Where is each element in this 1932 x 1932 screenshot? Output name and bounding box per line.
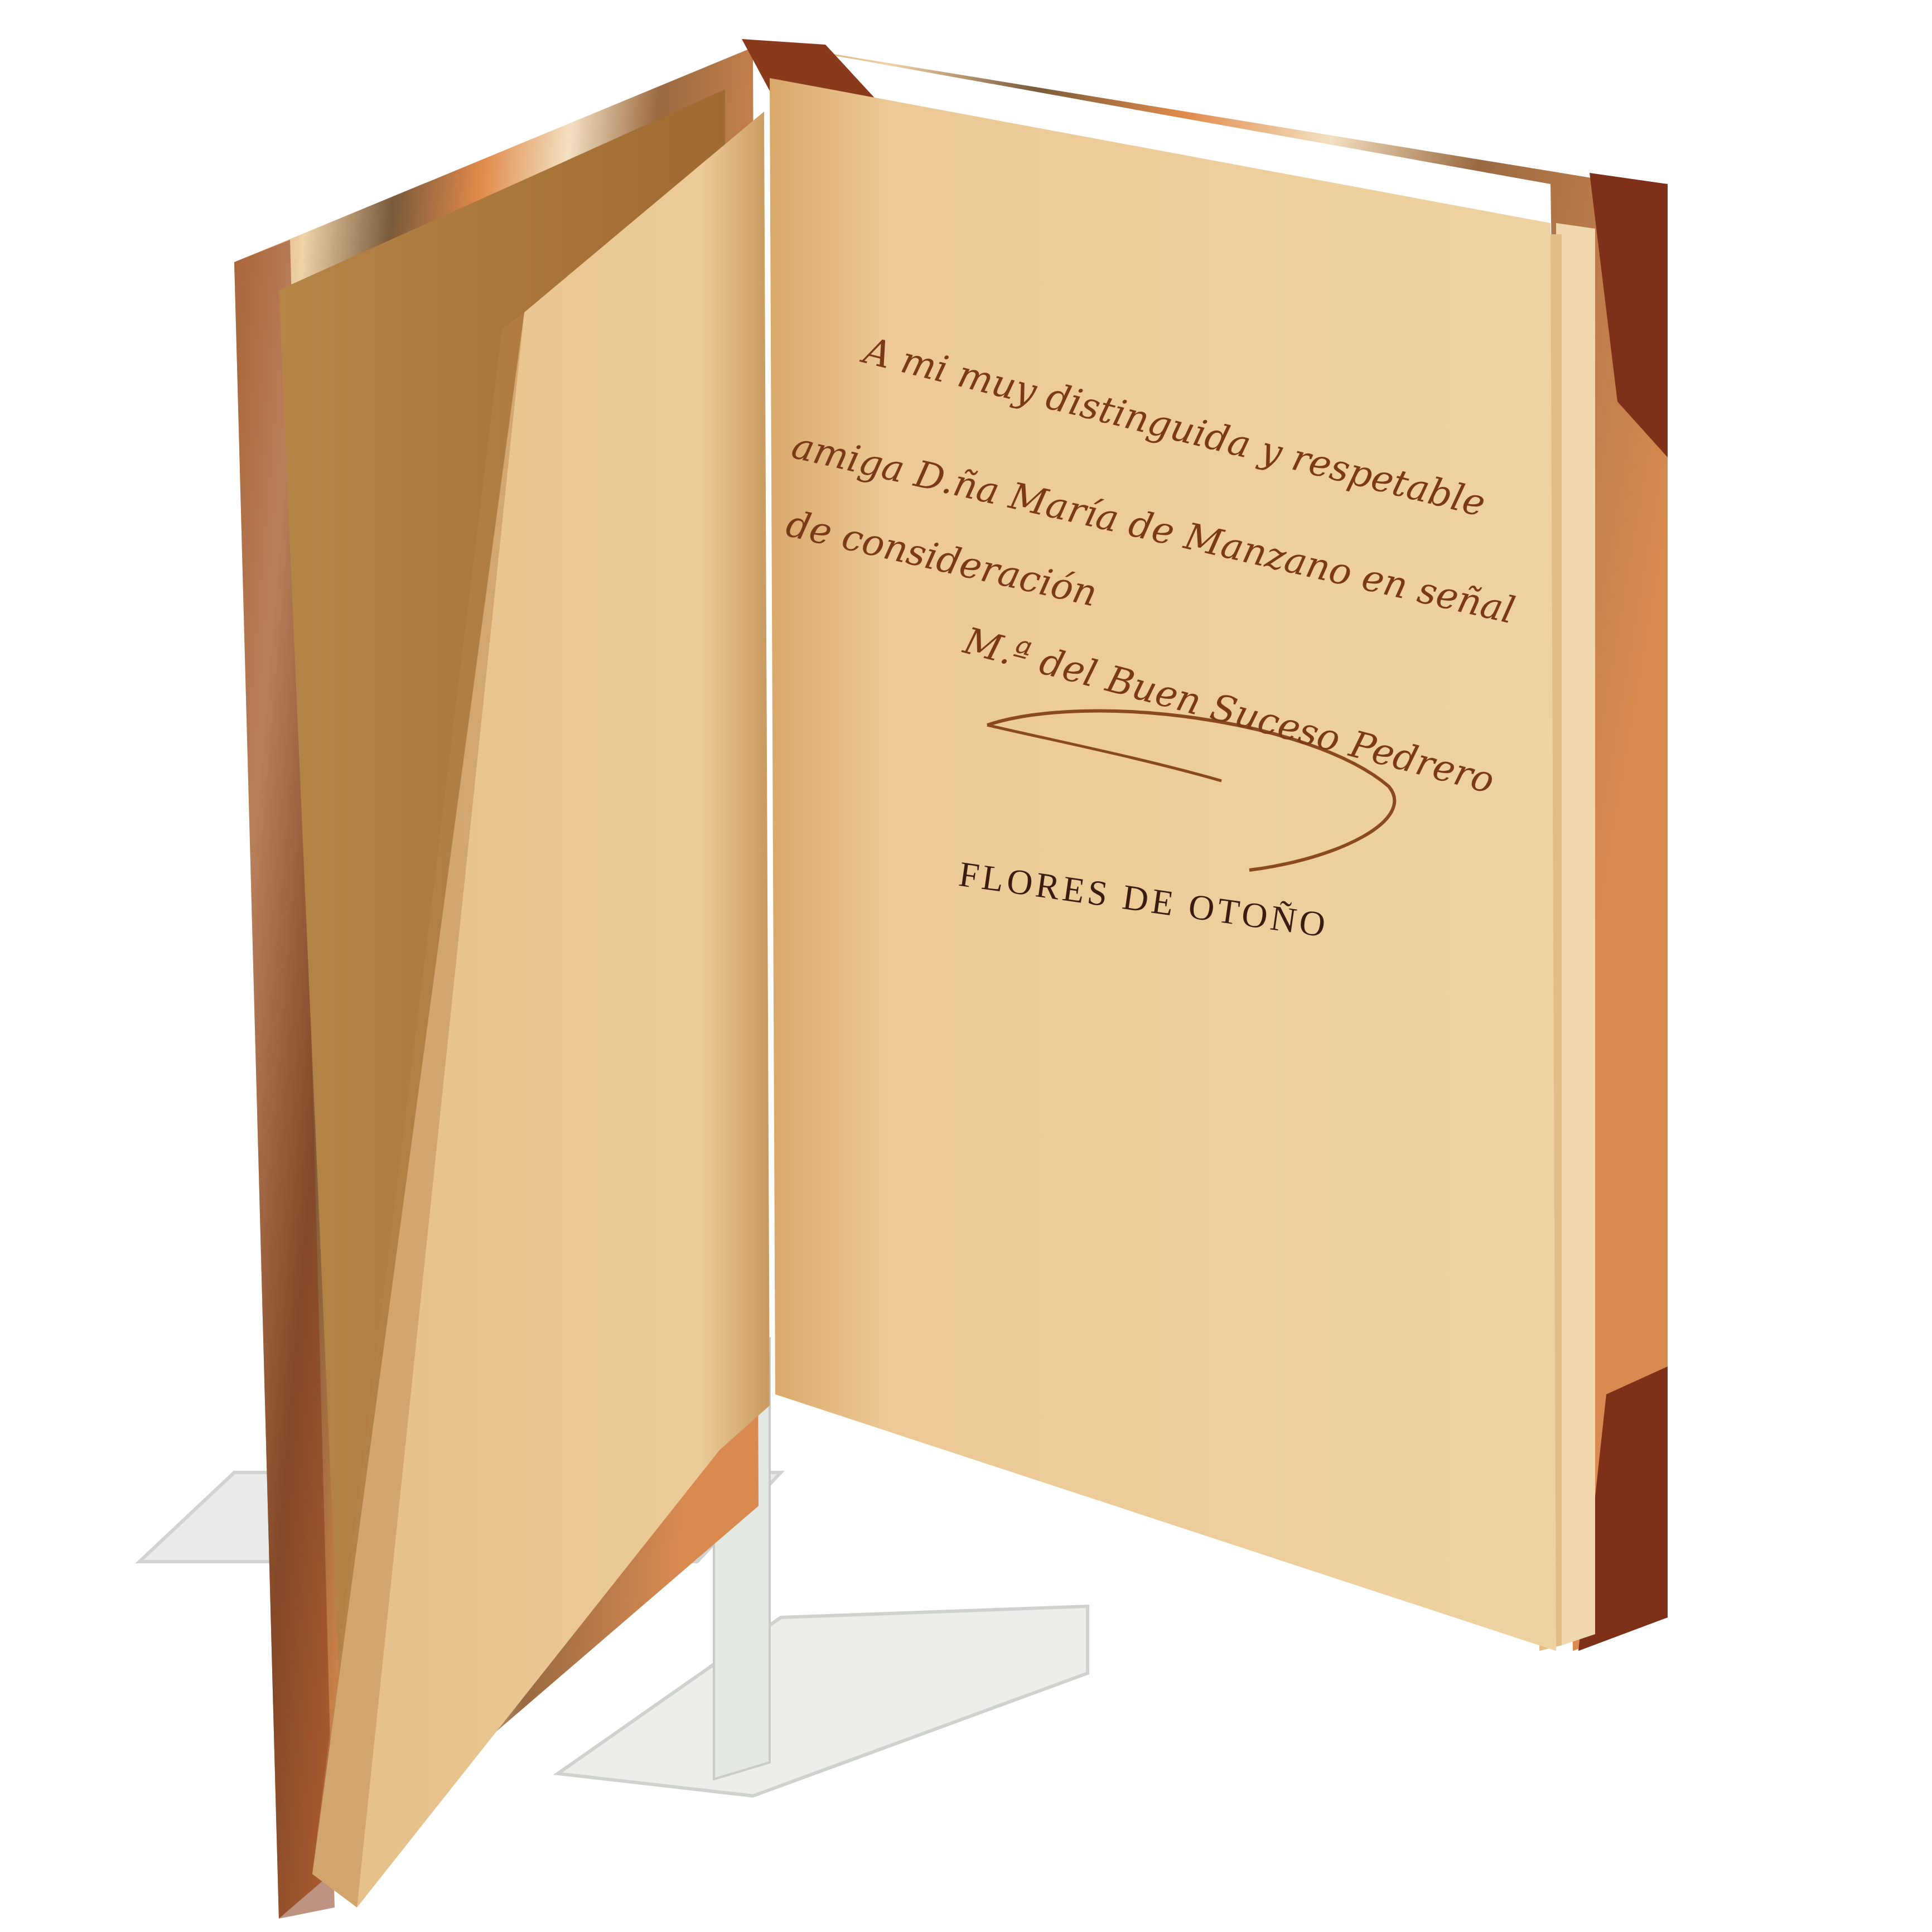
right-page <box>770 78 1556 1651</box>
book-photo: A mi muy distinguida y respetable amiga … <box>0 0 1932 1932</box>
book-illustration <box>0 0 1932 1932</box>
